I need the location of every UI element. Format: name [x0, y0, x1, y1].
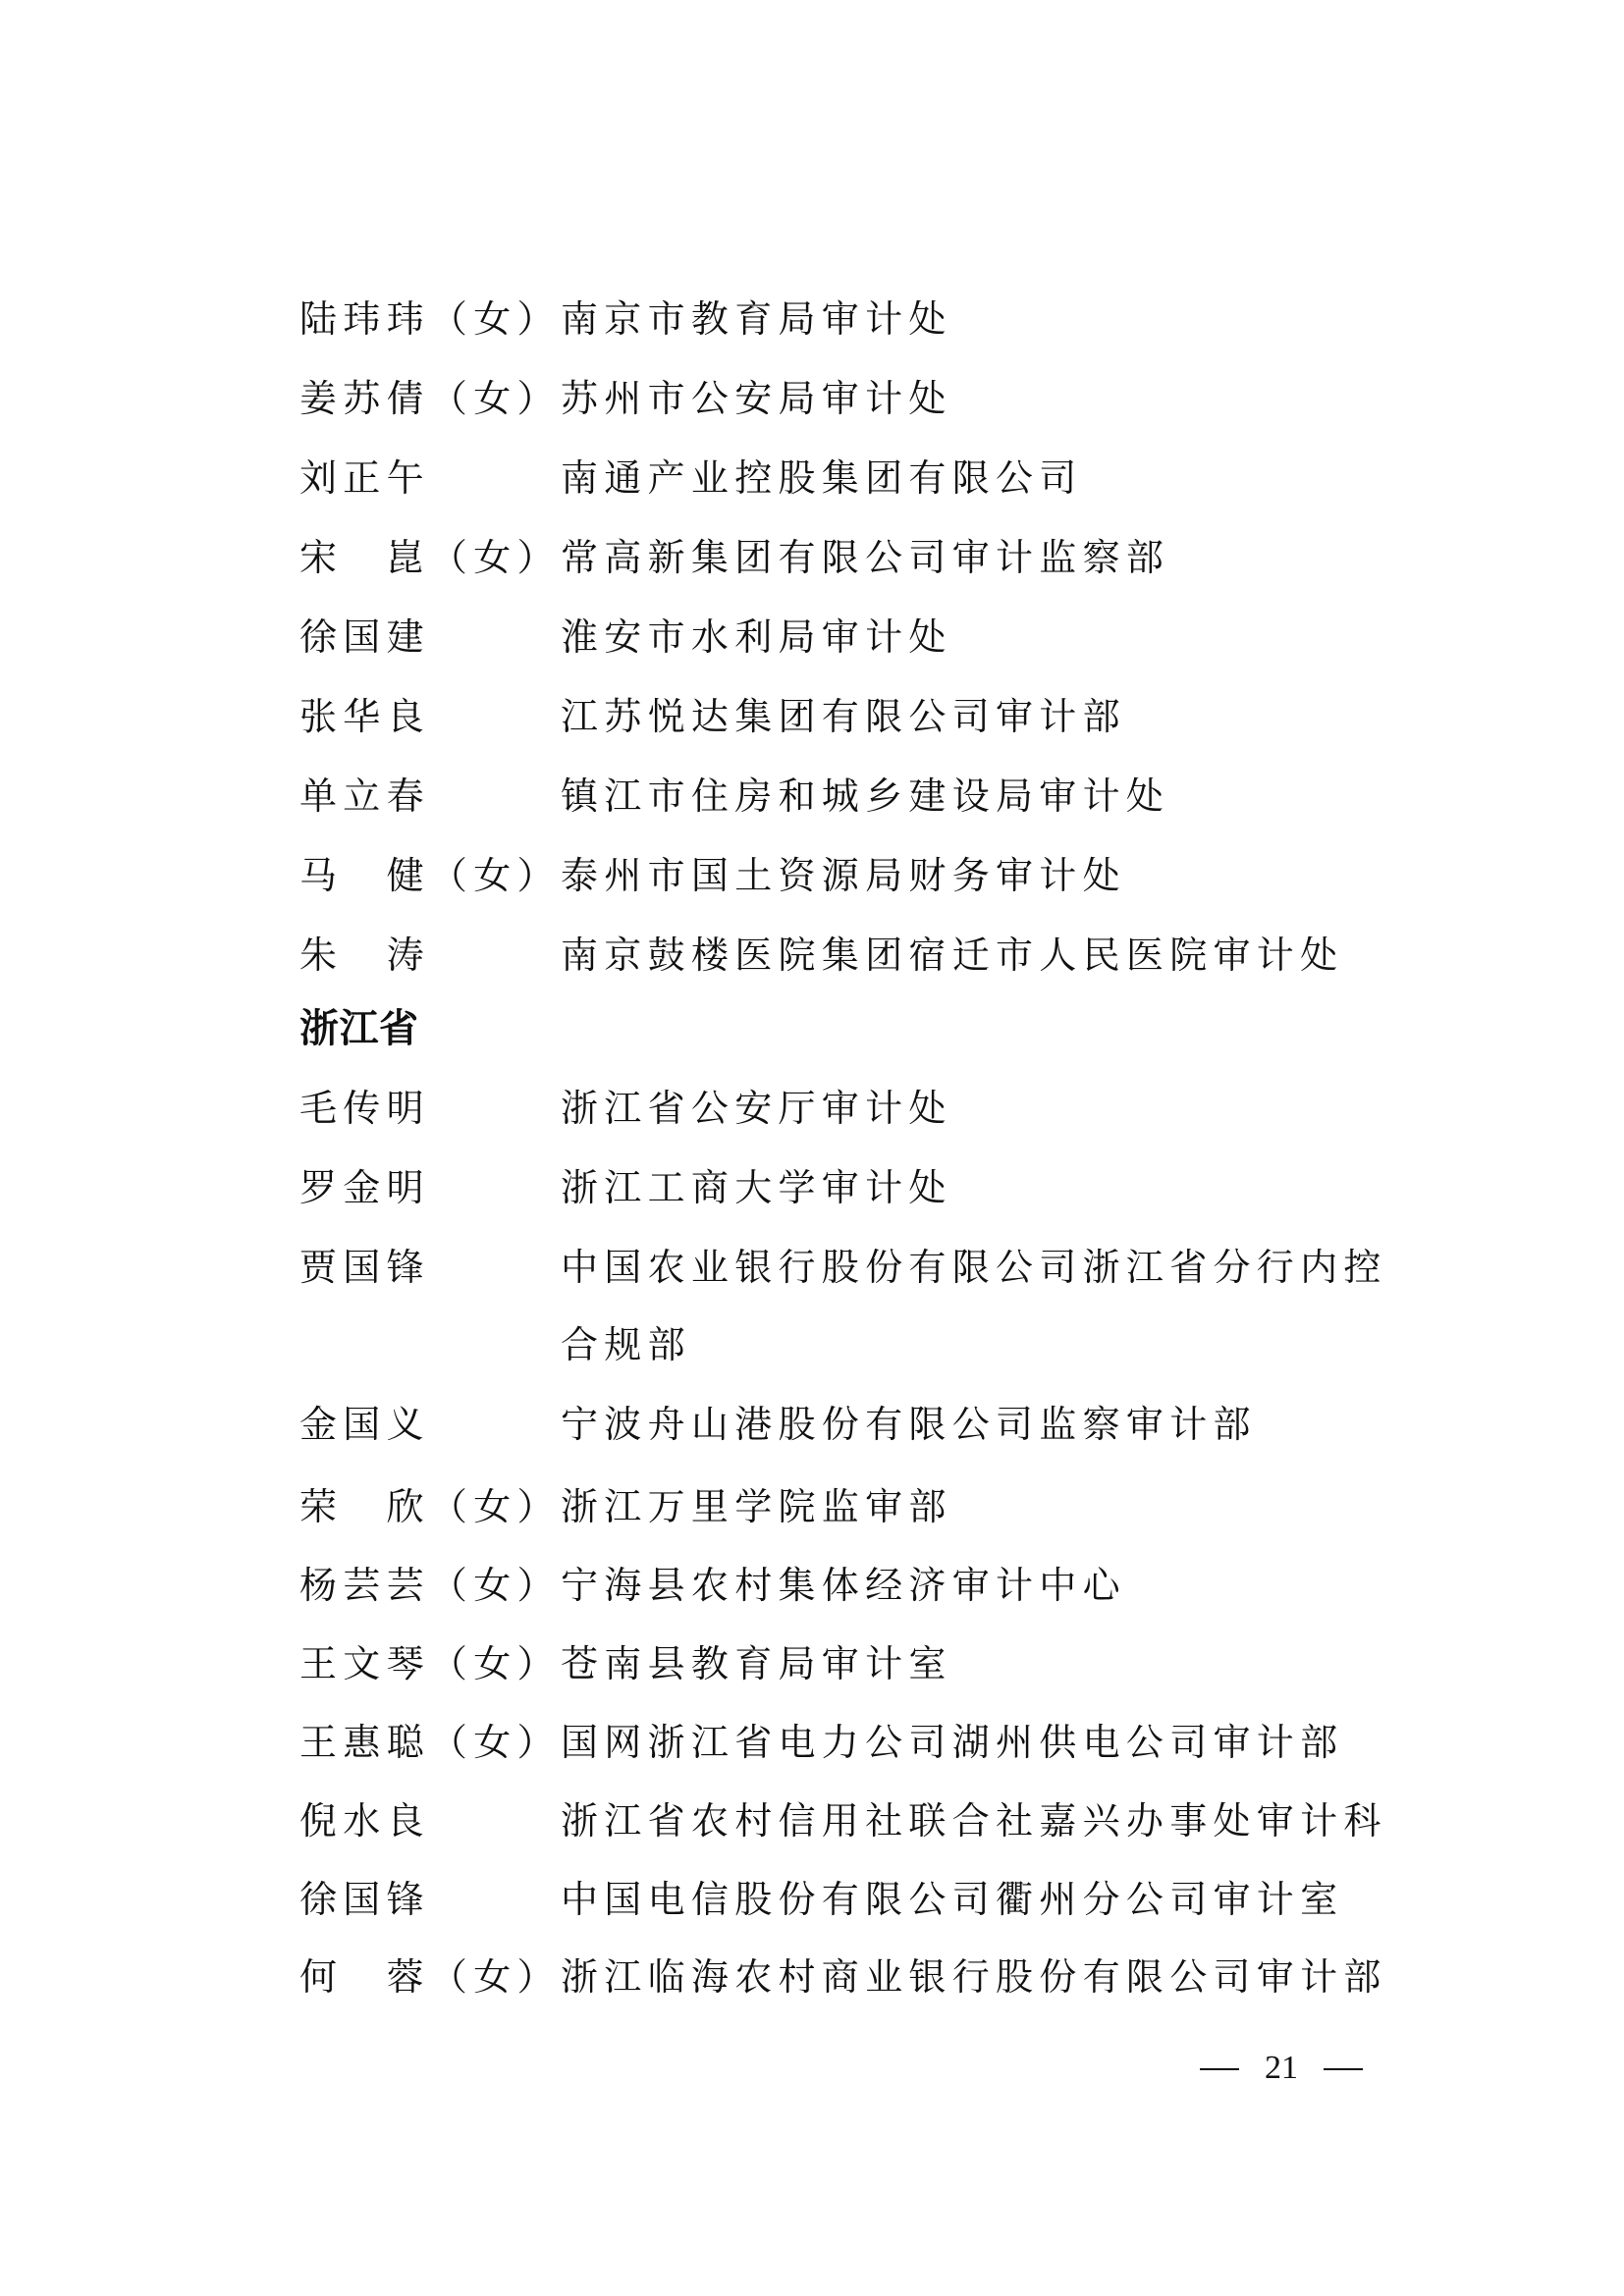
- institution: 浙江万里学院监审部: [561, 1485, 952, 1528]
- person-name: 倪水良: [299, 1799, 561, 1842]
- person-name: 王惠聪（女）: [299, 1721, 561, 1764]
- person-name: 王文琴（女）: [299, 1642, 561, 1685]
- institution: 浙江省公安厅审计处: [561, 1087, 952, 1130]
- gender-note: （女）: [430, 1721, 561, 1764]
- person-name: 徐国锋: [299, 1878, 561, 1921]
- institution: 中国农业银行股份有限公司浙江省分行内控: [561, 1246, 1387, 1289]
- gender-note: （女）: [430, 536, 561, 579]
- institution: 镇江市住房和城乡建设局审计处: [561, 774, 1169, 818]
- institution: 浙江工商大学审计处: [561, 1166, 952, 1209]
- person-name: 马健（女）: [299, 854, 561, 897]
- page-number: 21: [1200, 2051, 1363, 2086]
- gender-note: （女）: [430, 1564, 561, 1607]
- section-heading: 浙江省: [299, 1007, 419, 1050]
- person-name: 何蓉（女）: [299, 1955, 561, 1999]
- gender-note: （女）: [430, 854, 561, 897]
- institution: 泰州市国土资源局财务审计处: [561, 854, 1126, 897]
- gender-note: （女）: [430, 377, 561, 420]
- institution: 南京市教育局审计处: [561, 297, 952, 341]
- person-name: 荣欣（女）: [299, 1485, 561, 1528]
- person-name: 贾国锋: [299, 1246, 561, 1289]
- person-name: 刘正午: [299, 456, 561, 500]
- institution: 淮安市水利局审计处: [561, 615, 952, 659]
- gender-note: （女）: [430, 297, 561, 341]
- gender-note: （女）: [430, 1642, 561, 1685]
- person-name: 毛传明: [299, 1087, 561, 1130]
- institution: 南京鼓楼医院集团宿迁市人民医院审计处: [561, 934, 1343, 977]
- institution: 浙江临海农村商业银行股份有限公司审计部: [561, 1955, 1387, 1999]
- institution: 江苏悦达集团有限公司审计部: [561, 695, 1126, 738]
- institution: 常高新集团有限公司审计监察部: [561, 536, 1169, 579]
- dash-right: [1324, 2068, 1363, 2070]
- document-page: 陆玮玮（女） 南京市教育局审计处 姜苏倩（女） 苏州市公安局审计处 刘正午 南通…: [0, 0, 1624, 2296]
- institution: 南通产业控股集团有限公司: [561, 456, 1083, 500]
- person-name: 朱涛: [299, 934, 561, 977]
- institution: 中国电信股份有限公司衢州分公司审计室: [561, 1878, 1343, 1921]
- person-name: 杨芸芸（女）: [299, 1564, 561, 1607]
- person-name: 姜苏倩（女）: [299, 377, 561, 420]
- institution: 苍南县教育局审计室: [561, 1642, 952, 1685]
- institution: 宁海县农村集体经济审计中心: [561, 1564, 1126, 1607]
- institution: 宁波舟山港股份有限公司监察审计部: [561, 1403, 1257, 1446]
- institution: 浙江省农村信用社联合社嘉兴办事处审计科: [561, 1799, 1387, 1842]
- person-name: 金国义: [299, 1403, 561, 1446]
- person-name: 单立春: [299, 774, 561, 818]
- gender-note: （女）: [430, 1485, 561, 1528]
- gender-note: （女）: [430, 1955, 561, 1999]
- institution-continuation: 合规部: [561, 1323, 691, 1366]
- institution: 苏州市公安局审计处: [561, 377, 952, 420]
- person-name: 徐国建: [299, 615, 561, 659]
- dash-left: [1200, 2068, 1239, 2070]
- page-number-value: 21: [1265, 2051, 1298, 2086]
- person-name: 陆玮玮（女）: [299, 297, 561, 341]
- person-name: 罗金明: [299, 1166, 561, 1209]
- person-name: 宋崑（女）: [299, 536, 561, 579]
- institution: 国网浙江省电力公司湖州供电公司审计部: [561, 1721, 1343, 1764]
- person-name: 张华良: [299, 695, 561, 738]
